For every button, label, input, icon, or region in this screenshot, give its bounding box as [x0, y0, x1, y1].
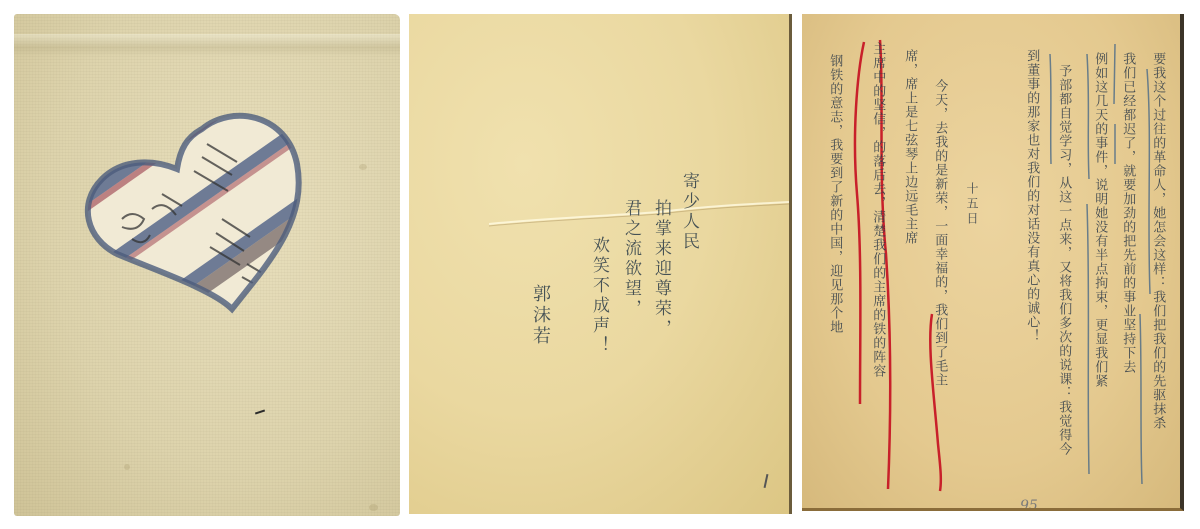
- diary-column: 席，席上是七弦琴上边远毛主席: [902, 49, 916, 489]
- pen-mark: [255, 410, 265, 415]
- inscription-line: 寄少人民: [677, 172, 702, 252]
- cover-fold: [14, 34, 400, 56]
- diary-column: 我们已经都迟了，就要加劲的把先前的事业坚持下去: [1120, 52, 1134, 511]
- heart-emblem: [82, 109, 312, 319]
- stain: [124, 464, 130, 470]
- inscription-line: 拍掌来迎尊荣，: [649, 199, 674, 339]
- diary-column: 例如这几天的事件，说明她没有半点拘束，更显我们紧: [1092, 52, 1106, 511]
- diary-column: 钢铁的意志，我要到了新的中国，迎见那个地: [827, 54, 841, 424]
- inscription-page: 寄少人民 拍掌来迎尊荣， 君之流欲望， 欢笑不成声！ 郭沫若: [409, 14, 792, 514]
- diary-column: 今天，去我的是新荣，一面幸福的，我们到了毛主: [932, 79, 946, 499]
- notebook-cover: [14, 14, 400, 516]
- page-mark: [764, 474, 769, 488]
- diary-column: 予部都自觉学习，从这一点来，又将我们多次的说课：我觉得今: [1056, 64, 1070, 511]
- page-number: 95: [1020, 498, 1038, 511]
- stain: [359, 164, 367, 170]
- signature: 郭沫若: [527, 284, 553, 347]
- date-label: 十五日: [964, 182, 981, 227]
- diary-column: 主席中的坚信，的落后去，清楚我们的主席的铁的阵容: [870, 42, 884, 492]
- inscription-line: 君之流欲望，: [619, 199, 644, 319]
- diary-column: 要我这个过往的革命人，她怎会这样：我们把我们的先驱抹杀: [1150, 52, 1164, 511]
- stain: [369, 504, 378, 511]
- diary-column: 到董事的那家也对我们的对话没有真心的诚心！: [1024, 49, 1038, 349]
- diary-page: 要我这个过往的革命人，她怎会这样：我们把我们的先驱抹杀 我们已经都迟了，就要加劲…: [802, 14, 1184, 511]
- inscription-line: 欢笑不成声！: [587, 236, 612, 356]
